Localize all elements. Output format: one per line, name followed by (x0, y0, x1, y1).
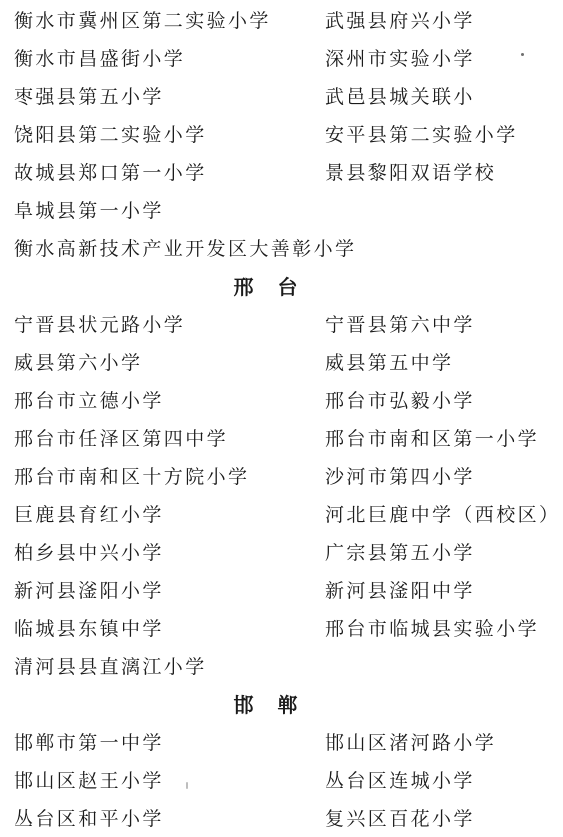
school-name-left: 枣强县第五小学 (14, 82, 325, 109)
school-list: 衡水市冀州区第二实验小学武强县府兴小学衡水市昌盛街小学深州市实验小学枣强县第五小… (0, 0, 563, 836)
school-row: 邢台市立德小学邢台市弘毅小学 (0, 380, 563, 418)
school-row: 清河县县直漓江小学 (0, 646, 563, 684)
school-row: 邯山区赵王小学丛台区连城小学 (0, 760, 563, 798)
school-name-left: 丛台区和平小学 (14, 804, 325, 831)
section-header: 邯 郸 (0, 684, 533, 722)
city-section: 邢 台宁晋县状元路小学宁晋县第六中学威县第六小学威县第五中学邢台市立德小学邢台市… (0, 266, 563, 684)
school-name-right: 景县黎阳双语学校 (325, 158, 563, 185)
school-name-left: 巨鹿县育红小学 (14, 500, 325, 527)
school-name-right: 沙河市第四小学 (325, 462, 563, 489)
school-row: 饶阳县第二实验小学安平县第二实验小学 (0, 114, 563, 152)
school-row: 新河县滏阳小学新河县滏阳中学 (0, 570, 563, 608)
school-name-left: 新河县滏阳小学 (14, 576, 325, 603)
school-name-right: 邢台市弘毅小学 (325, 386, 563, 413)
school-name-left: 饶阳县第二实验小学 (14, 120, 325, 147)
school-name-left: 邢台市立德小学 (14, 386, 325, 413)
school-row: 临城县东镇中学邢台市临城县实验小学 (0, 608, 563, 646)
school-name-right: 邢台市临城县实验小学 (325, 614, 563, 641)
school-name-right: 复兴区百花小学 (325, 804, 563, 831)
school-row: 阜城县第一小学 (0, 190, 563, 228)
school-row: 邢台市南和区十方院小学沙河市第四小学 (0, 456, 563, 494)
school-name-left: 邯山区赵王小学 (14, 766, 325, 793)
school-name-right: 丛台区连城小学 (325, 766, 563, 793)
section-header: 邢 台 (0, 266, 533, 304)
school-row: 威县第六小学威县第五中学 (0, 342, 563, 380)
scan-artifact-dot (521, 53, 524, 56)
city-section: 邯 郸邯郸市第一中学邯山区渚河路小学邯山区赵王小学丛台区连城小学丛台区和平小学复… (0, 684, 563, 836)
school-name-right: 威县第五中学 (325, 348, 563, 375)
school-name-left: 阜城县第一小学 (14, 196, 325, 223)
school-name-right: 武邑县城关联小 (325, 82, 563, 109)
school-name-right: 武强县府兴小学 (325, 6, 563, 33)
school-name-right: 邢台市南和区第一小学 (325, 424, 563, 451)
school-name-left: 故城县郑口第一小学 (14, 158, 325, 185)
school-row: 衡水市昌盛街小学深州市实验小学 (0, 38, 563, 76)
scan-artifact-mark (186, 782, 188, 789)
school-name-left: 衡水市冀州区第二实验小学 (14, 6, 325, 33)
school-row: 故城县郑口第一小学景县黎阳双语学校 (0, 152, 563, 190)
school-name-left: 柏乡县中兴小学 (14, 538, 325, 565)
school-row: 柏乡县中兴小学广宗县第五小学 (0, 532, 563, 570)
school-name-left: 衡水高新技术产业开发区大善彰小学 (14, 234, 356, 261)
school-row: 巨鹿县育红小学河北巨鹿中学（西校区） (0, 494, 563, 532)
school-row: 邯郸市第一中学邯山区渚河路小学 (0, 722, 563, 760)
school-name-left: 邢台市南和区十方院小学 (14, 462, 325, 489)
school-name-left: 临城县东镇中学 (14, 614, 325, 641)
school-name-left: 清河县县直漓江小学 (14, 652, 325, 679)
school-row: 宁晋县状元路小学宁晋县第六中学 (0, 304, 563, 342)
school-name-left: 衡水市昌盛街小学 (14, 44, 325, 71)
school-name-right: 安平县第二实验小学 (325, 120, 563, 147)
school-name-left: 威县第六小学 (14, 348, 325, 375)
school-row: 衡水市冀州区第二实验小学武强县府兴小学 (0, 0, 563, 38)
school-name-right: 河北巨鹿中学（西校区） (325, 500, 563, 527)
school-name-right: 广宗县第五小学 (325, 538, 563, 565)
school-row: 丛台区和平小学复兴区百花小学 (0, 798, 563, 836)
school-name-left: 邯郸市第一中学 (14, 728, 325, 755)
school-name-right: 新河县滏阳中学 (325, 576, 563, 603)
school-name-right: 邯山区渚河路小学 (325, 728, 563, 755)
school-row: 衡水高新技术产业开发区大善彰小学 (0, 228, 563, 266)
school-name-left: 宁晋县状元路小学 (14, 310, 325, 337)
school-name-right: 宁晋县第六中学 (325, 310, 563, 337)
document-page: 衡水市冀州区第二实验小学武强县府兴小学衡水市昌盛街小学深州市实验小学枣强县第五小… (0, 0, 563, 837)
school-row: 邢台市任泽区第四中学邢台市南和区第一小学 (0, 418, 563, 456)
city-section: 衡水市冀州区第二实验小学武强县府兴小学衡水市昌盛街小学深州市实验小学枣强县第五小… (0, 0, 563, 266)
school-name-left: 邢台市任泽区第四中学 (14, 424, 325, 451)
school-name-right: 深州市实验小学 (325, 44, 563, 71)
school-row: 枣强县第五小学武邑县城关联小 (0, 76, 563, 114)
